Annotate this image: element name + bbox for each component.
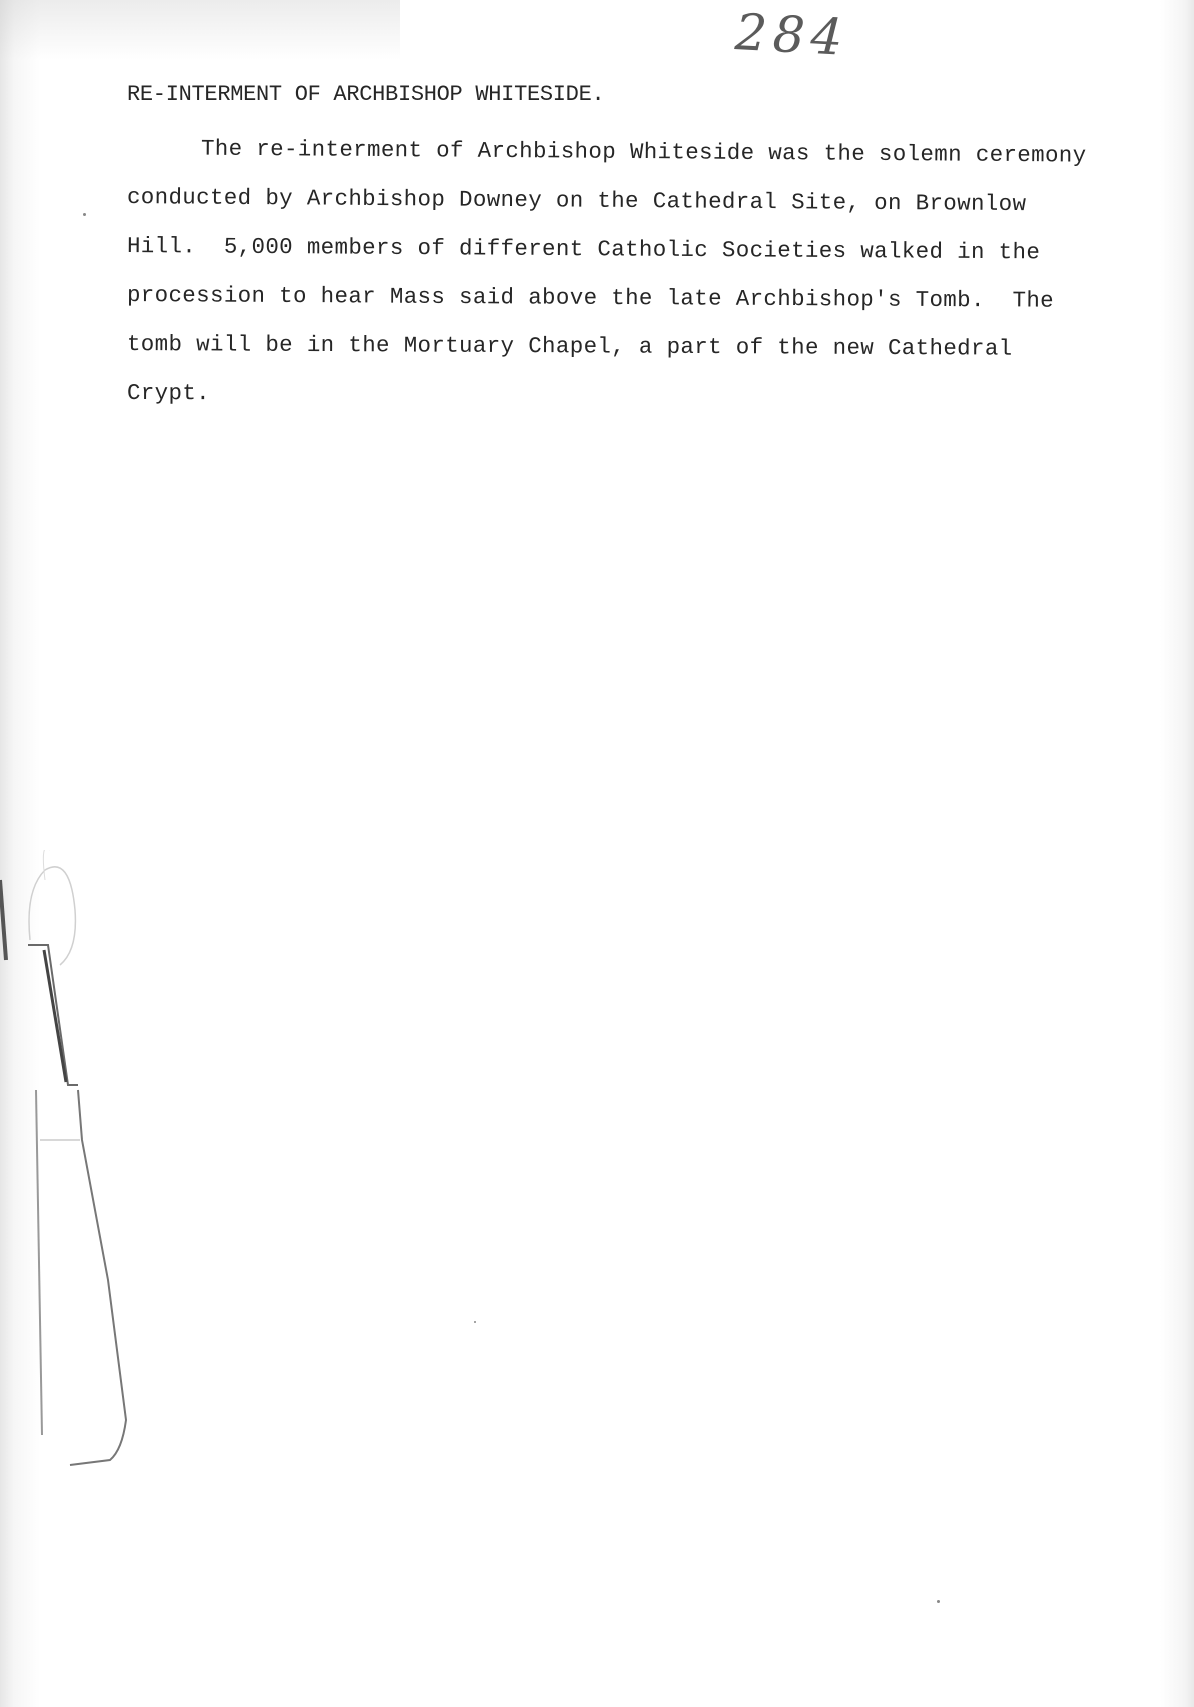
document-heading: RE-INTERMENT OF ARCHBISHOP WHITESIDE. (127, 82, 604, 107)
document-paragraph: The re-interment of Archbishop Whiteside… (127, 124, 1187, 418)
paragraph-line: procession to hear Mass said above the l… (127, 271, 1187, 326)
paragraph-line: Crypt. (127, 369, 1187, 420)
torn-tape-edge-artifact (0, 850, 140, 1470)
paragraph-line: Hill. 5,000 members of different Catholi… (127, 222, 1187, 278)
scan-speck (937, 1600, 940, 1603)
paragraph-line: The re-interment of Archbishop Whiteside… (127, 124, 1187, 181)
paragraph-line: tomb will be in the Mortuary Chapel, a p… (127, 320, 1187, 375)
scan-shadow (0, 0, 400, 60)
handwritten-page-number: 284 (734, 3, 850, 67)
document-page: 284 RE-INTERMENT OF ARCHBISHOP WHITESIDE… (0, 0, 1194, 1707)
scan-speck (83, 213, 86, 216)
scan-speck (474, 1321, 476, 1323)
paragraph-line: conducted by Archbishop Downey on the Ca… (127, 173, 1187, 230)
